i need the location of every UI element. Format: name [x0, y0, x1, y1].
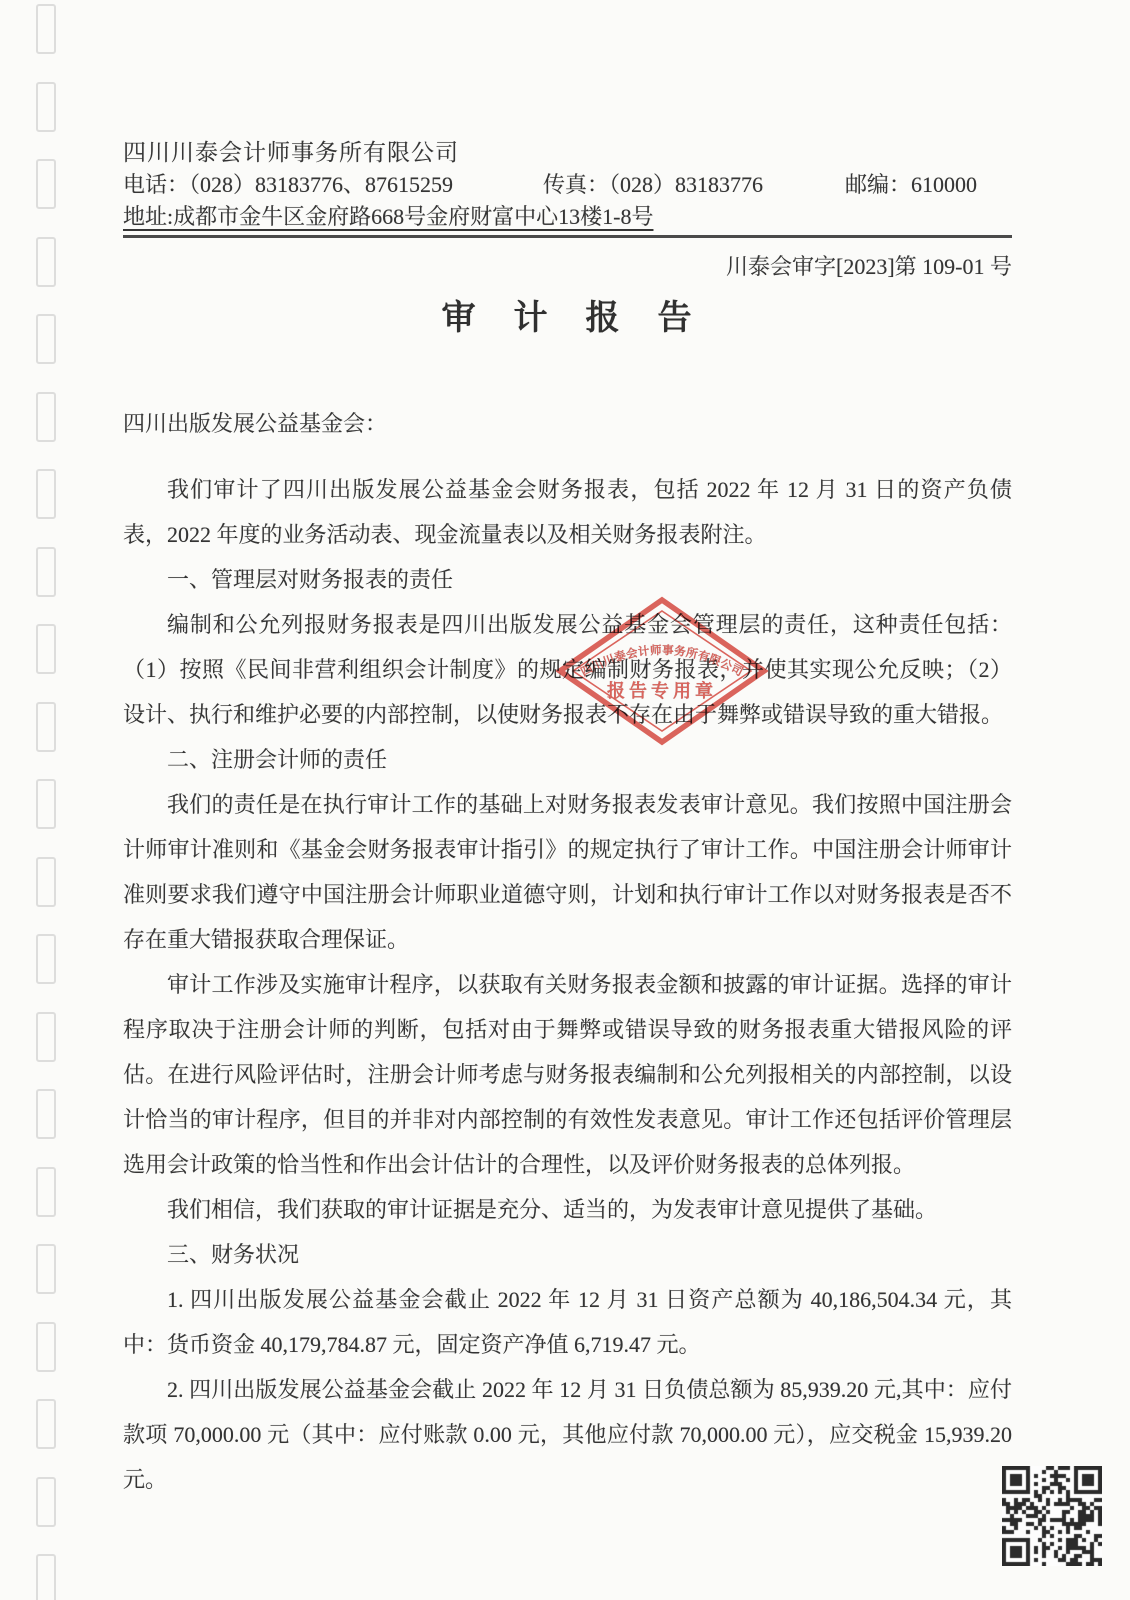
- binding-hole: [36, 82, 56, 132]
- binding-hole: [36, 1322, 56, 1372]
- binding-hole: [36, 1012, 56, 1062]
- binding-hole: [36, 469, 56, 519]
- paragraph-cpa-responsibility-1: 我们的责任是在执行审计工作的基础上对财务报表发表审计意见。我们按照中国注册会计师…: [123, 782, 1012, 962]
- binding-hole: [36, 314, 56, 364]
- address-line: 地址:成都市金牛区金府路668号金府财富中心13楼1-8号: [123, 201, 1012, 233]
- binding-hole: [36, 1089, 56, 1139]
- qr-code: [1002, 1466, 1102, 1566]
- page-content: 四川川泰会计师事务所有限公司 电话：（028）83183776、87615259…: [123, 0, 1012, 1502]
- report-title: 审 计 报 告: [123, 296, 1012, 342]
- binding-hole: [36, 237, 56, 287]
- reference-number: 川泰会审字[2023]第 109-01 号: [123, 252, 1012, 282]
- section-heading-cpa: 二、注册会计师的责任: [123, 737, 1012, 782]
- binding-hole: [36, 1167, 56, 1217]
- scanned-audit-report-page: 四川川泰会计师事务所有限公司 电话：（028）83183776、87615259…: [0, 0, 1130, 1600]
- phone-value: （028）83183776、87615259: [189, 172, 453, 197]
- binding-hole: [36, 1554, 56, 1600]
- phone-label: 电话：: [123, 172, 189, 197]
- binding-hole: [36, 159, 56, 209]
- binding-hole: [36, 934, 56, 984]
- fax-label: 传真：: [543, 172, 609, 197]
- paragraph-management-responsibility: 编制和公允列报财务报表是四川出版发展公益基金会管理层的责任，这种责任包括：（1）…: [123, 602, 1012, 737]
- binding-hole: [36, 779, 56, 829]
- section-heading-financial-status: 三、财务状况: [123, 1232, 1012, 1277]
- binding-hole: [36, 547, 56, 597]
- paragraph-basis-for-opinion: 我们相信，我们获取的审计证据是充分、适当的，为发表审计意见提供了基础。: [123, 1187, 1012, 1232]
- fax-value: （028）83183776: [609, 172, 763, 197]
- addressee: 四川出版发展公益基金会：: [123, 408, 1012, 440]
- binding-hole: [36, 702, 56, 752]
- address-text: 地址:成都市金牛区金府路668号金府财富中心13楼1-8号: [123, 204, 653, 229]
- postcode-label: 邮编：: [845, 172, 911, 197]
- paragraph-cpa-responsibility-2: 审计工作涉及实施审计程序，以获取有关财务报表金额和披露的审计证据。选择的审计程序…: [123, 962, 1012, 1187]
- paragraph-assets: 1. 四川出版发展公益基金会截止 2022 年 12 月 31 日资产总额为 4…: [123, 1277, 1012, 1367]
- binding-hole: [36, 1244, 56, 1294]
- qr-code-canvas: [1002, 1466, 1102, 1566]
- postcode-value: 610000: [911, 172, 977, 197]
- binding-hole: [36, 857, 56, 907]
- paragraph-liabilities: 2. 四川出版发展公益基金会截止 2022 年 12 月 31 日负债总额为 8…: [123, 1367, 1012, 1502]
- binding-hole: [36, 392, 56, 442]
- contact-line: 电话：（028）83183776、87615259 传真：（028）831837…: [123, 168, 1012, 201]
- section-heading-management: 一、管理层对财务报表的责任: [123, 557, 1012, 602]
- phone-field: 电话：（028）83183776、87615259: [123, 168, 543, 201]
- binding-hole: [36, 4, 56, 54]
- paragraph-intro: 我们审计了四川出版发展公益基金会财务报表，包括 2022 年 12 月 31 日…: [123, 467, 1012, 557]
- firm-name: 四川川泰会计师事务所有限公司: [123, 138, 1012, 168]
- letterhead: 四川川泰会计师事务所有限公司 电话：（028）83183776、87615259…: [123, 138, 1012, 238]
- binding-hole: [36, 1399, 56, 1449]
- report-body: 我们审计了四川出版发展公益基金会财务报表，包括 2022 年 12 月 31 日…: [123, 467, 1012, 1502]
- fax-field: 传真：（028）83183776: [543, 168, 845, 201]
- postcode-field: 邮编：610000: [845, 168, 1012, 201]
- binding-hole: [36, 1477, 56, 1527]
- binding-hole: [36, 624, 56, 674]
